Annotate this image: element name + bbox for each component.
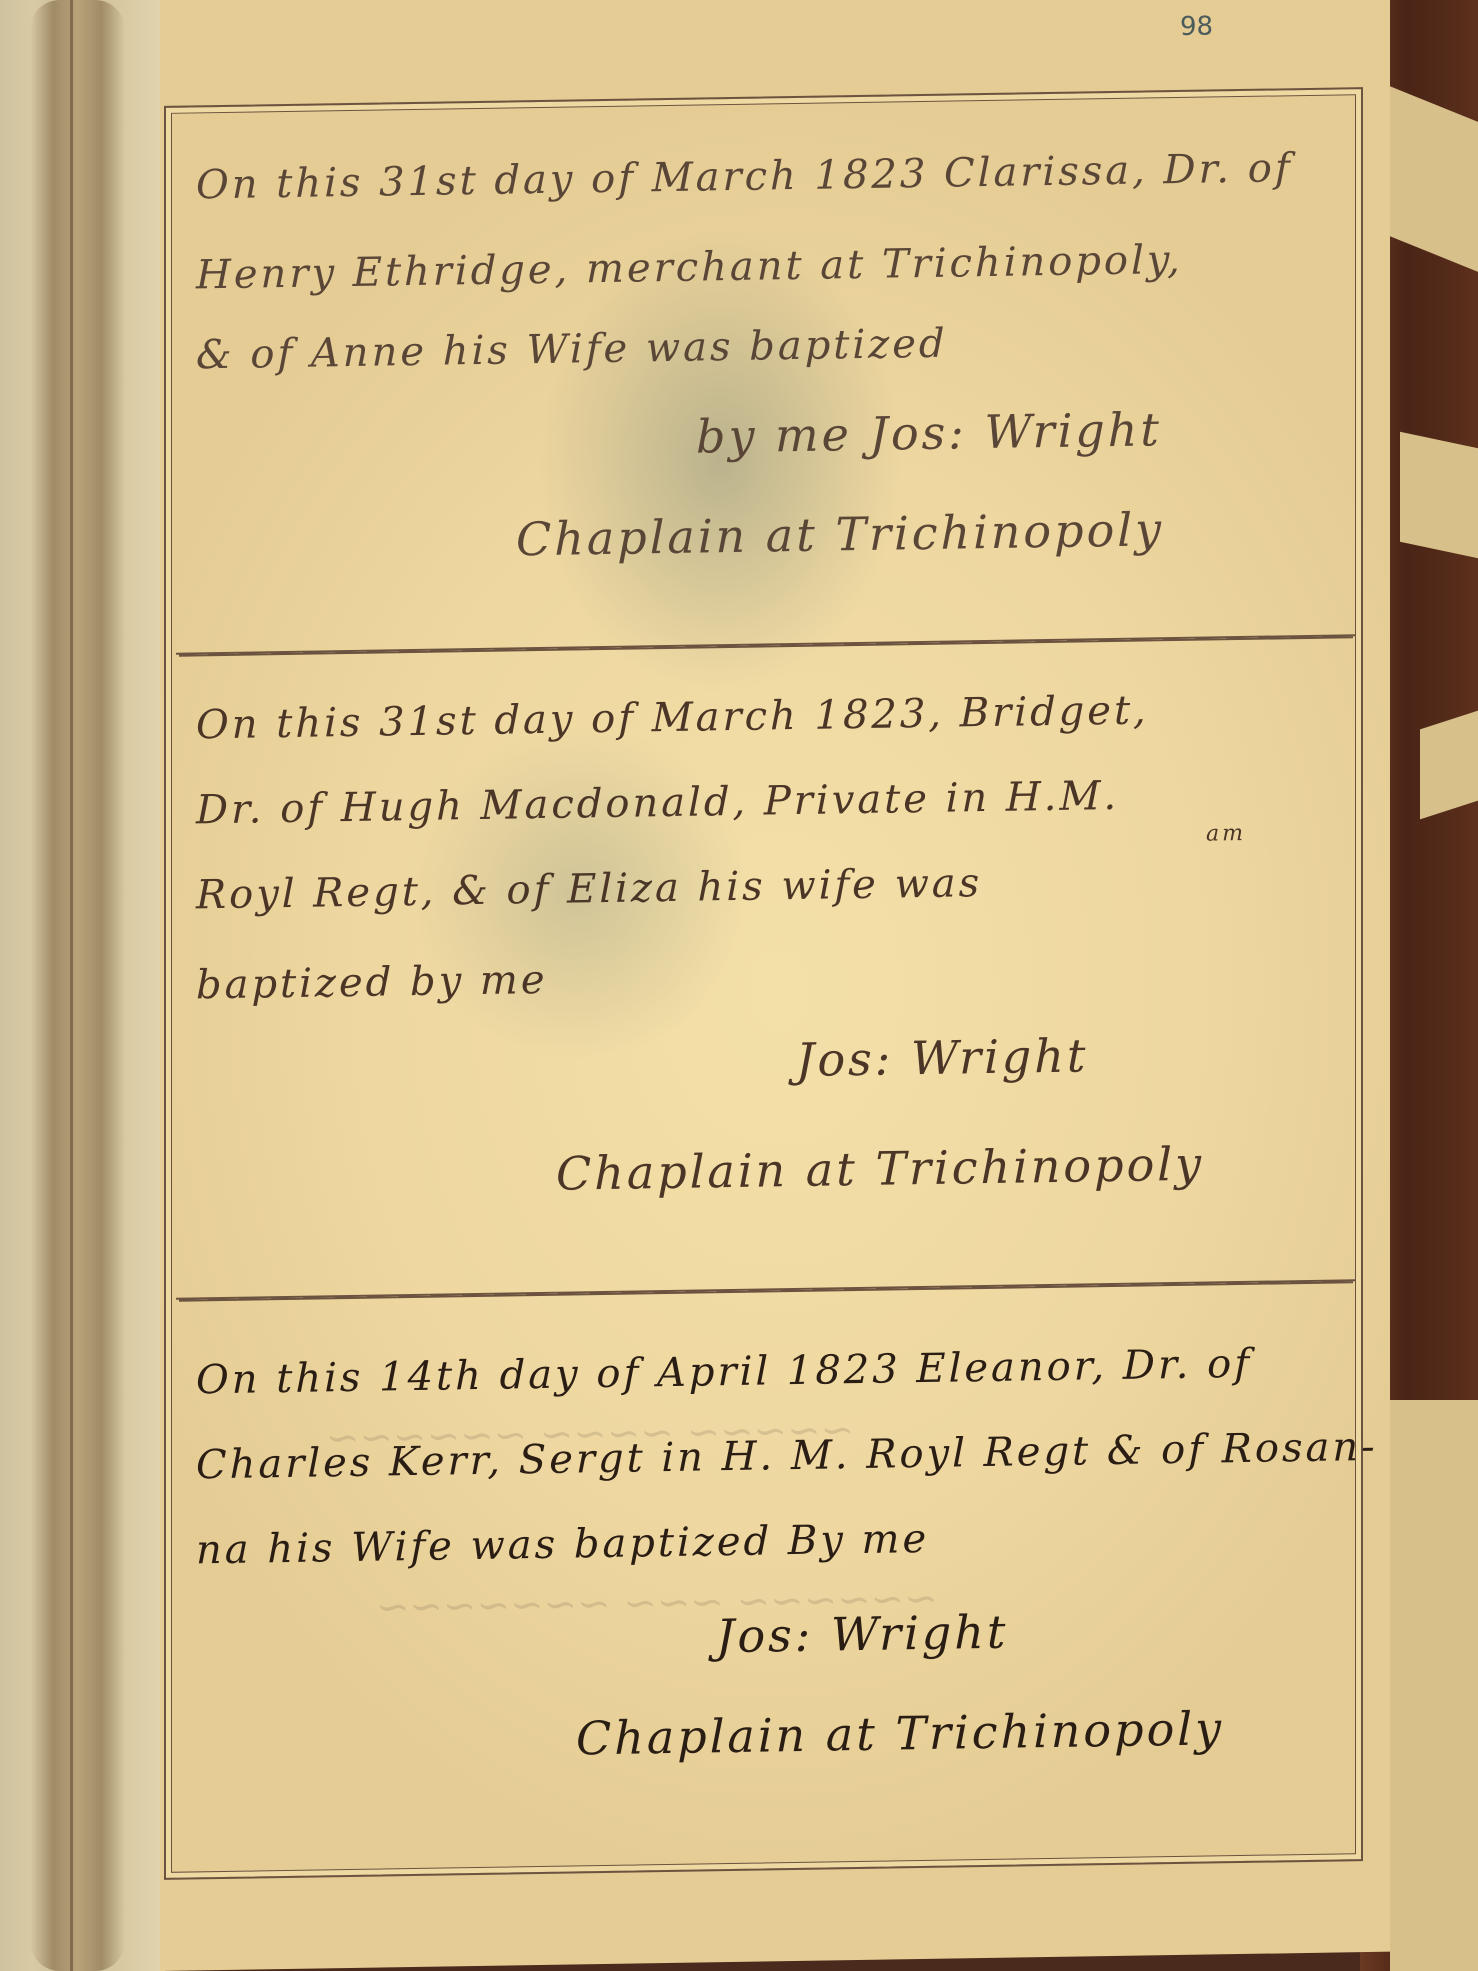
inline-correction: am	[1206, 821, 1246, 847]
baptism-entry-2: On this 31st day of March 1823, Bridget,…	[176, 644, 1356, 1300]
signature-title: Chaplain at Trichinopoly	[576, 1701, 1224, 1765]
entry-line: Dr. of Hugh Macdonald, Private in H.M.	[196, 773, 1119, 834]
entry-line: On this 31st day of March 1823, Bridget,	[196, 687, 1149, 748]
gutter-stain	[30, 0, 125, 1971]
page-number: 98	[1180, 11, 1213, 42]
entry-line: baptized by me	[196, 957, 548, 1009]
book-binding	[0, 0, 165, 1971]
signature-name: Jos: Wright	[716, 1605, 1008, 1664]
ruled-frame: On this 31st day of March 1823 Clarissa,…	[164, 87, 1363, 1880]
torn-paper-flake	[1420, 711, 1478, 820]
signature-title: Chaplain at Trichinopoly	[556, 1137, 1204, 1201]
entry-line: & of Anne his Wife was baptized	[196, 321, 948, 379]
torn-paper-flake	[1390, 1400, 1478, 1971]
register-page: 98 On this 31st day of March 1823 Claris…	[160, 0, 1390, 1971]
entry-line: na his Wife was baptized By me	[196, 1516, 929, 1574]
entry-line: On this 14th day of April 1823 Eleanor, …	[196, 1341, 1252, 1404]
signature-name: by me Jos: Wright	[696, 402, 1162, 463]
baptism-entry-1: On this 31st day of March 1823 Clarissa,…	[176, 99, 1356, 655]
gutter-fold	[70, 0, 73, 1971]
entry-line: On this 31st day of March 1823 Clarissa,…	[196, 145, 1293, 208]
baptism-entry-3: ~~~~~ ~~~~ ~~~~~~ ~~~~~~ ~~~ ~~~~~~~ On …	[176, 1289, 1356, 1868]
signature-name: Jos: Wright	[796, 1028, 1088, 1087]
entry-line: Henry Ethridge, merchant at Trichinopoly…	[196, 237, 1183, 299]
torn-paper-flake	[1400, 432, 1478, 559]
entry-line: Royl Regt, & of Eliza his wife was	[196, 860, 982, 918]
signature-title: Chaplain at Trichinopoly	[516, 502, 1164, 566]
